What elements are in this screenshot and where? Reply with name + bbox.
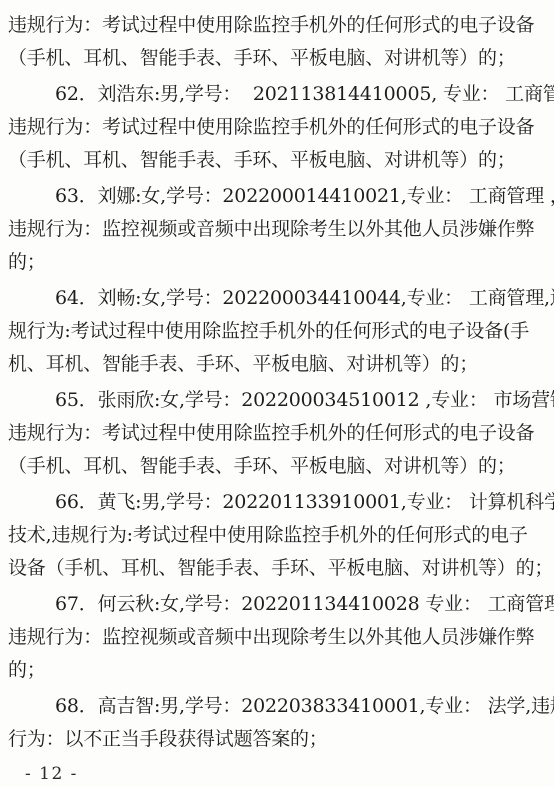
document-line: 行为：以不正当手段获得试题答案的； — [8, 723, 550, 756]
entry-62: 62．刘浩东:男,学号： 202113814410005, 专业： 工商管理, … — [8, 78, 550, 177]
document-line: 违规行为：考试过程中使用除监控手机外的任何形式的电子设备 — [8, 111, 550, 144]
entry-67: 67．何云秋:女,学号：202201134410028 专业： 工商管理, 违规… — [8, 588, 550, 687]
document-line: 64．刘畅:女,学号：202200034410044,专业： 工商管理,违 — [8, 282, 550, 315]
document-line: 63．刘娜:女,学号：202200014410021,专业： 工商管理 ， — [8, 180, 550, 213]
document-line: （手机、耳机、智能手表、手环、平板电脑、对讲机等）的； — [8, 144, 550, 177]
entry-68: 68．高吉智:男,学号：202203833410001,专业： 法学,违规 行为… — [8, 690, 550, 756]
document-line: 的； — [8, 654, 550, 687]
page-number: - 12 - — [8, 758, 550, 787]
intro-continuation-paragraph: 违规行为：考试过程中使用除监控手机外的任何形式的电子设备 （手机、耳机、智能手表… — [8, 9, 550, 75]
entry-64: 64．刘畅:女,学号：202200034410044,专业： 工商管理,违 规行… — [8, 282, 550, 381]
document-line: 65．张雨欣:女,学号：202200034510012 ,专业： 市场营销, — [8, 384, 550, 417]
scanned-document-page: 违规行为：考试过程中使用除监控手机外的任何形式的电子设备 （手机、耳机、智能手表… — [0, 0, 554, 787]
document-line: 机、耳机、智能手表、手环、平板电脑、对讲机等）的； — [8, 348, 550, 381]
document-line: 违规行为：监控视频或音频中出现除考生以外其他人员涉嫌作弊 — [8, 621, 550, 654]
document-line: 违规行为：考试过程中使用除监控手机外的任何形式的电子设备 — [8, 9, 550, 42]
document-line: 的； — [8, 246, 550, 279]
entry-63: 63．刘娜:女,学号：202200014410021,专业： 工商管理 ， 违规… — [8, 180, 550, 279]
document-line: 62．刘浩东:男,学号： 202113814410005, 专业： 工商管理, — [8, 78, 550, 111]
document-line: 66．黄飞:男,学号：202201133910001,专业： 计算机科学与 — [8, 486, 550, 519]
document-line: （手机、耳机、智能手表、手环、平板电脑、对讲机等）的； — [8, 450, 550, 483]
document-line: 违规行为：考试过程中使用除监控手机外的任何形式的电子设备 — [8, 417, 550, 450]
document-line: 技术,违规行为:考试过程中使用除监控手机外的任何形式的电子 — [8, 519, 550, 552]
document-line: 68．高吉智:男,学号：202203833410001,专业： 法学,违规 — [8, 690, 550, 723]
entry-65: 65．张雨欣:女,学号：202200034510012 ,专业： 市场营销, 违… — [8, 384, 550, 483]
document-line: 设备（手机、耳机、智能手表、手环、平板电脑、对讲机等）的； — [8, 552, 550, 585]
document-line: 违规行为：监控视频或音频中出现除考生以外其他人员涉嫌作弊 — [8, 213, 550, 246]
document-line: 规行为:考试过程中使用除监控手机外的任何形式的电子设备(手 — [8, 315, 550, 348]
document-line: （手机、耳机、智能手表、手环、平板电脑、对讲机等）的； — [8, 42, 550, 75]
document-line: 67．何云秋:女,学号：202201134410028 专业： 工商管理, — [8, 588, 550, 621]
entry-66: 66．黄飞:男,学号：202201133910001,专业： 计算机科学与 技术… — [8, 486, 550, 585]
